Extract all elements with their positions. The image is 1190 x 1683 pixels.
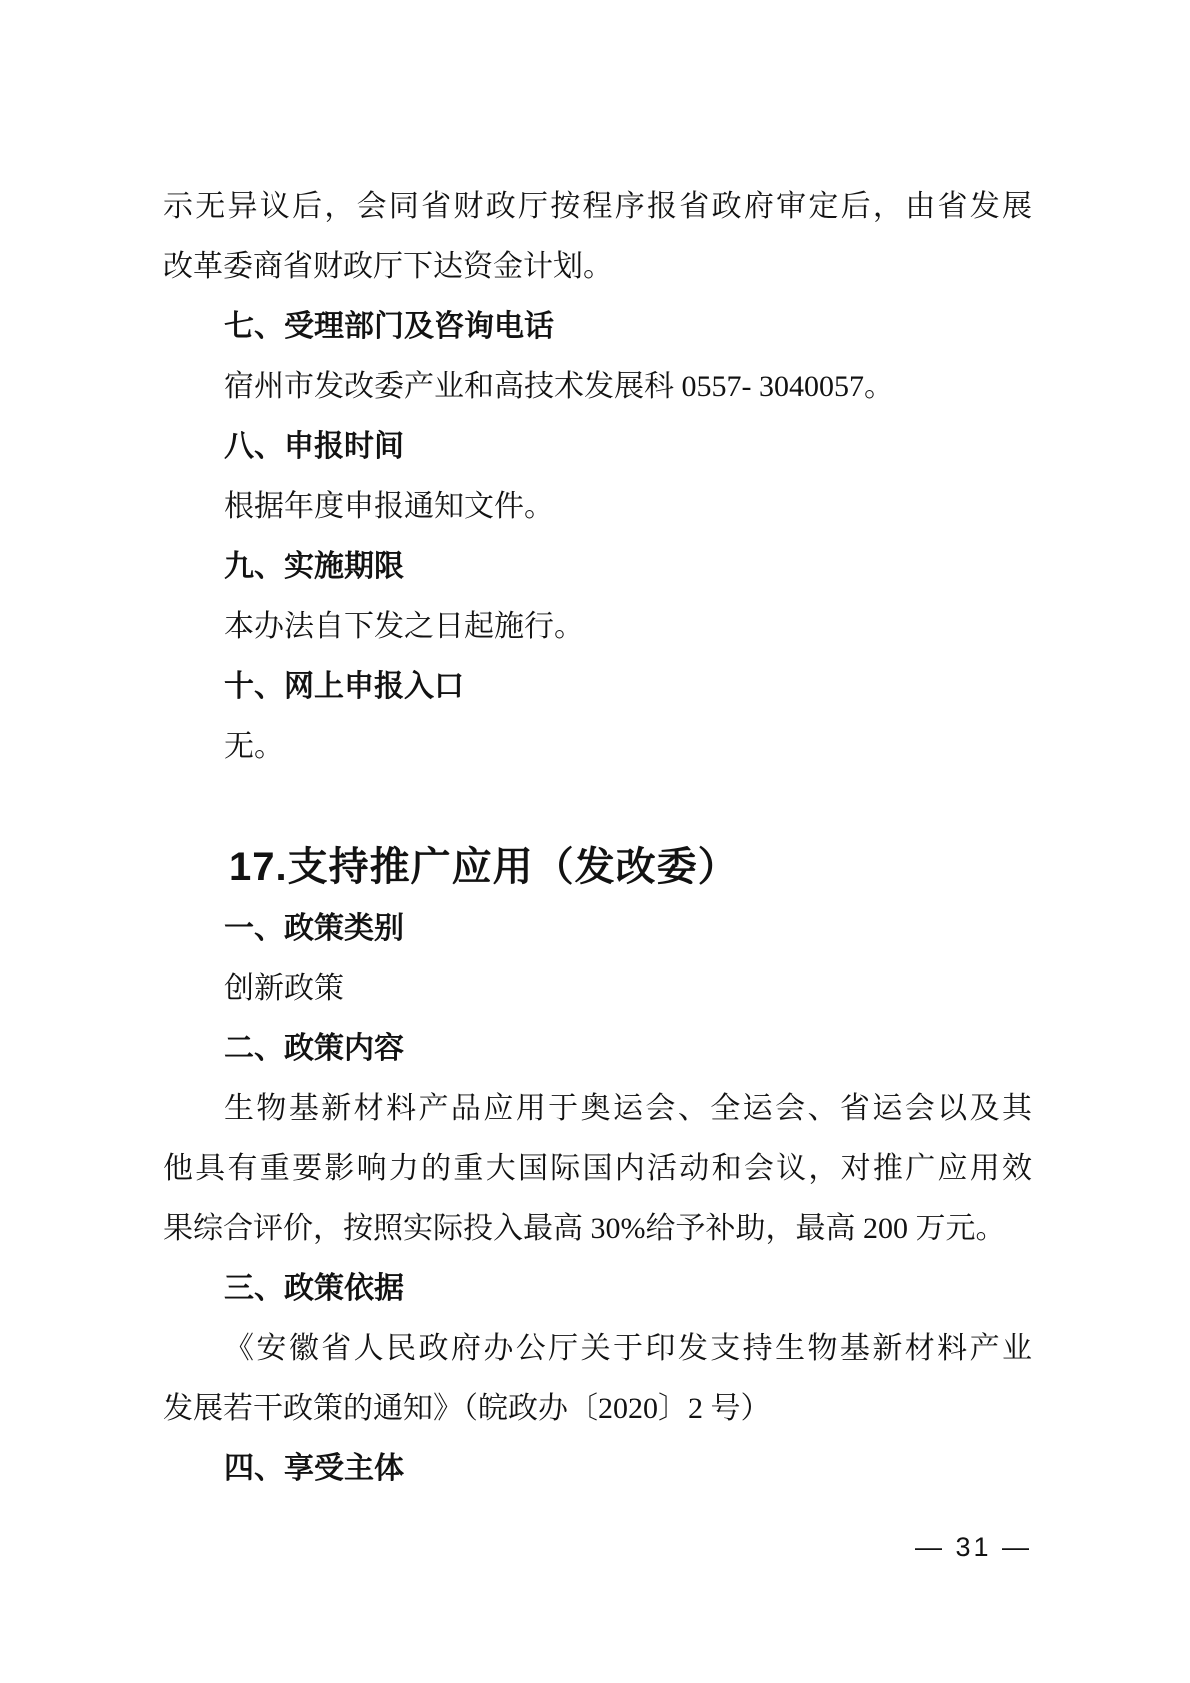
paragraph-line: 生物基新材料产品应用于奥运会、全运会、省运会以及其 (163, 1079, 1032, 1139)
body-line-contact-info: 宿州市发改委产业和高技术发展科 0557- 3040057。 (163, 357, 1032, 417)
heading-implementation-period: 九、实施期限 (163, 537, 1032, 597)
heading-policy-basis: 三、政策依据 (163, 1259, 1032, 1319)
body-line-policy-category: 创新政策 (163, 959, 1032, 1019)
page-number: — 31 — (915, 1532, 1032, 1563)
heading-beneficiary: 四、享受主体 (163, 1439, 1032, 1499)
heading-online-application-entry: 十、网上申报入口 (163, 657, 1032, 717)
paragraph-line: 他具有重要影响力的重大国际国内活动和会议，对推广应用效 (163, 1139, 1032, 1199)
body-line-implementation-period: 本办法自下发之日起施行。 (163, 597, 1032, 657)
heading-policy-category: 一、政策类别 (163, 899, 1032, 959)
paragraph-line: 示无异议后，会同省财政厅按程序报省政府审定后，由省发展 (163, 177, 1032, 237)
paragraph-line: 果综合评价，按照实际投入最高 30%给予补助，最高 200 万元。 (163, 1199, 1032, 1259)
heading-policy-content: 二、政策内容 (163, 1019, 1032, 1079)
paragraph-line: 发展若干政策的通知》（皖政办〔2020〕2 号） (163, 1379, 1032, 1439)
paragraph-line: 《安徽省人民政府办公厅关于印发支持生物基新材料产业 (163, 1319, 1032, 1379)
heading-application-time: 八、申报时间 (163, 417, 1032, 477)
heading-accepting-department-and-phone: 七、受理部门及咨询电话 (163, 297, 1032, 357)
body-line-application-time: 根据年度申报通知文件。 (163, 477, 1032, 537)
paragraph-line: 改革委商省财政厅下达资金计划。 (163, 237, 1032, 297)
page-content: 示无异议后，会同省财政厅按程序报省政府审定后，由省发展 改革委商省财政厅下达资金… (163, 177, 1032, 1499)
body-line-online-entry-none: 无。 (163, 717, 1032, 777)
item-title-support-promotion: 17.支持推广应用（发改委） (163, 835, 1032, 899)
document-page: 示无异议后，会同省财政厅按程序报省政府审定后，由省发展 改革委商省财政厅下达资金… (0, 0, 1190, 1683)
